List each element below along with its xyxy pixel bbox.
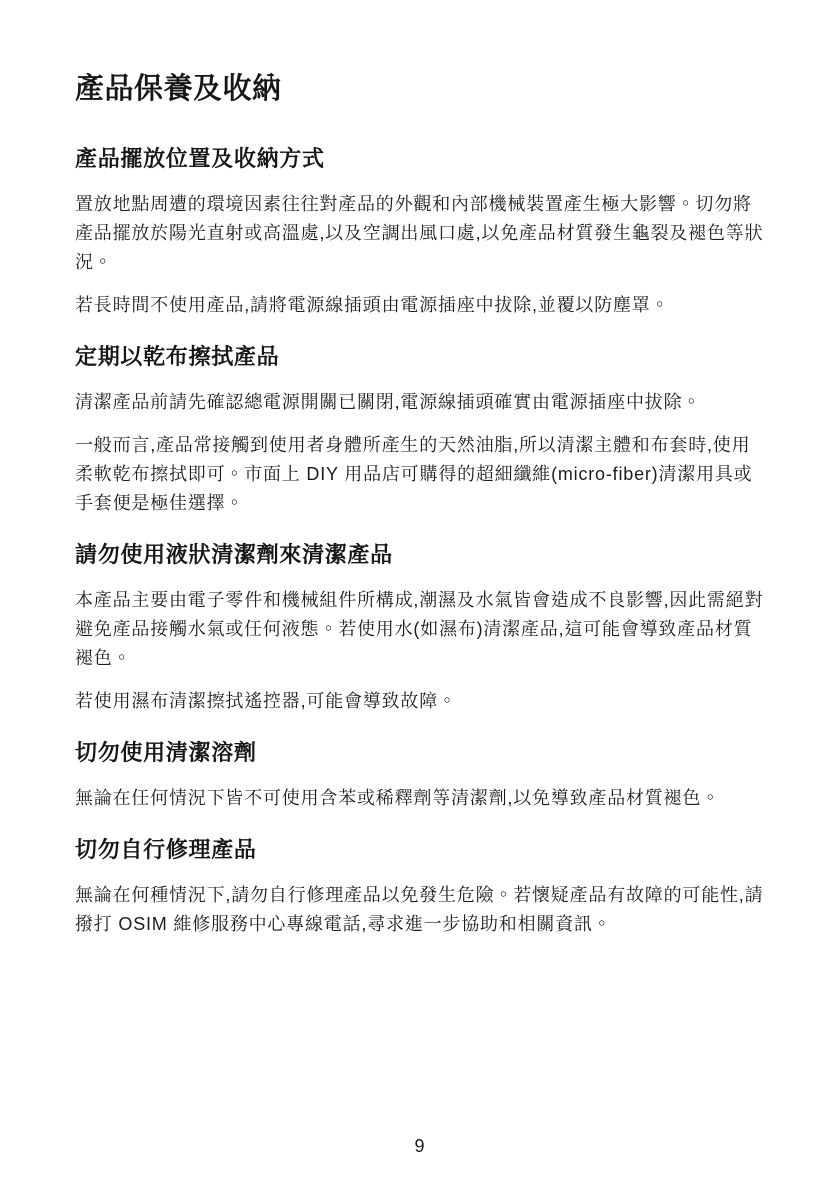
section-dry-cloth-wipe: 定期以乾布擦拭產品 清潔產品前請先確認總電源開關已關閉,電源線插頭確實由電源插座… — [75, 344, 765, 518]
paragraph: 一般而言,產品常接觸到使用者身體所產生的天然油脂,所以清潔主體和布套時,使用柔軟… — [75, 431, 765, 518]
paragraph: 置放地點周遭的環境因素往往對產品的外觀和內部機械裝置產生極大影響。切勿將產品擺放… — [75, 190, 765, 277]
section-no-self-repair: 切勿自行修理產品 無論在何種情況下,請勿自行修理產品以免發生危險。若懷疑產品有故… — [75, 837, 765, 939]
paragraph: 清潔產品前請先確認總電源開關已關閉,電源線插頭確實由電源插座中拔除。 — [75, 388, 765, 417]
section-heading: 請勿使用液狀清潔劑來清潔產品 — [75, 542, 765, 568]
section-heading: 產品擺放位置及收納方式 — [75, 146, 765, 172]
paragraph: 若長時間不使用產品,請將電源線插頭由電源插座中拔除,並覆以防塵罩。 — [75, 291, 765, 320]
paragraph: 本產品主要由電子零件和機械組件所構成,潮濕及水氣皆會造成不良影響,因此需絕對避免… — [75, 586, 765, 673]
paragraph: 無論在任何情況下皆不可使用含苯或稀釋劑等清潔劑,以免導致產品材質褪色。 — [75, 784, 765, 813]
section-heading: 切勿使用清潔溶劑 — [75, 740, 765, 766]
section-no-solvent: 切勿使用清潔溶劑 無論在任何情況下皆不可使用含苯或稀釋劑等清潔劑,以免導致產品材… — [75, 740, 765, 813]
section-heading: 切勿自行修理產品 — [75, 837, 765, 863]
section-placement-storage: 產品擺放位置及收納方式 置放地點周遭的環境因素往往對產品的外觀和內部機械裝置產生… — [75, 146, 765, 320]
page-title: 產品保養及收納 — [75, 72, 765, 106]
page-number: 9 — [0, 1134, 839, 1158]
paragraph: 若使用濕布清潔擦拭遙控器,可能會導致故障。 — [75, 687, 765, 716]
section-no-liquid-cleaner: 請勿使用液狀清潔劑來清潔產品 本產品主要由電子零件和機械組件所構成,潮濕及水氣皆… — [75, 542, 765, 716]
document-page: 產品保養及收納 產品擺放位置及收納方式 置放地點周遭的環境因素往往對產品的外觀和… — [75, 72, 765, 953]
section-heading: 定期以乾布擦拭產品 — [75, 344, 765, 370]
paragraph: 無論在何種情況下,請勿自行修理產品以免發生危險。若懷疑產品有故障的可能性,請撥打… — [75, 881, 765, 939]
